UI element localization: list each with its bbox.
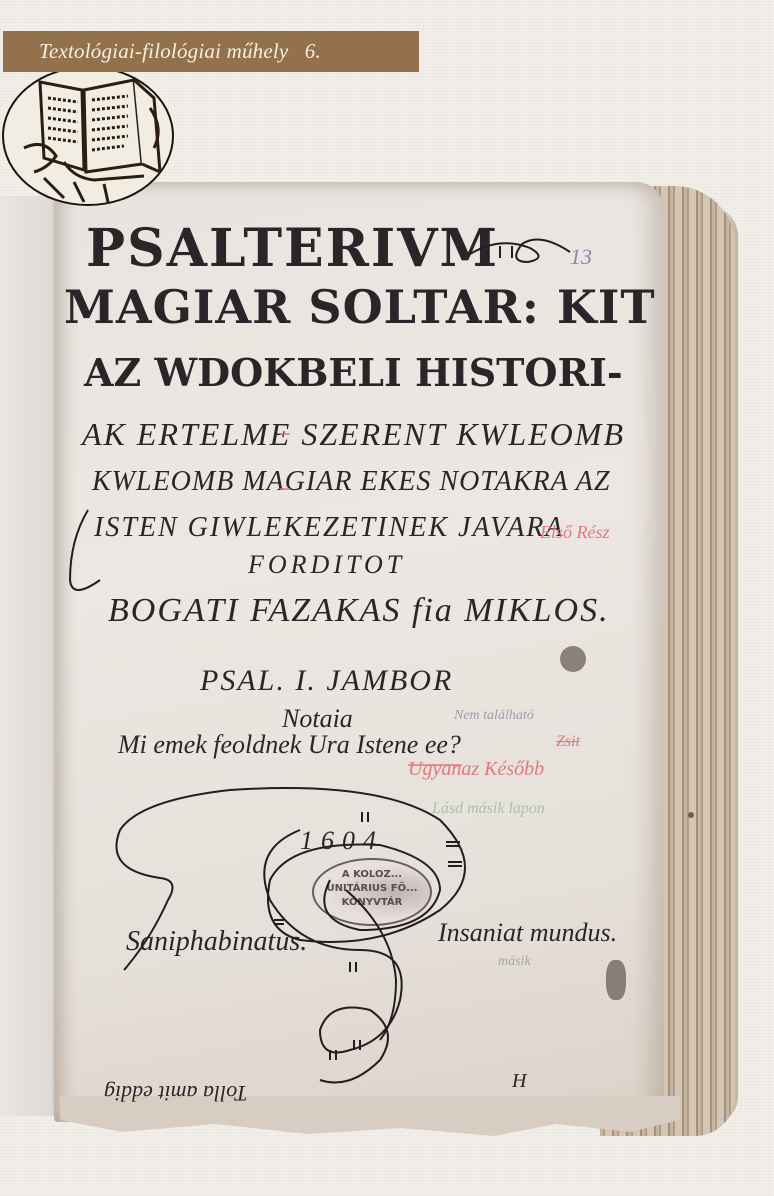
- ink-blot: [560, 646, 586, 672]
- translator-name: BOGATI FAZAKAS fia MIKLOS.: [108, 592, 610, 630]
- psalm-incipit: Mi emek feoldnek Ura Istene ee?: [118, 730, 461, 760]
- left-motto: Saniphabinatus.: [126, 926, 307, 958]
- corner-mark: H: [512, 1070, 526, 1093]
- green-annotation: Lásd másik lapon: [432, 800, 545, 818]
- grey-small-annotation: másik: [498, 954, 531, 970]
- subtitle-line-4: FORDITOT: [248, 550, 405, 580]
- subtitle-line-1: AK ERTELME SZERENT KWLEOMB: [82, 416, 625, 453]
- title-line-2: MAGIAR SOLTAR: KIT: [64, 280, 656, 334]
- inverted-note: Tolla amit eddig: [104, 1080, 247, 1106]
- red-annotation-margin: Első Rész: [540, 522, 610, 543]
- series-title: Textológiai-filológiai műhely 6.: [3, 39, 321, 64]
- subtitle-line-3: ISTEN GIWLEKEZETINEK JAVARA: [94, 512, 565, 544]
- ink-blot: [606, 960, 626, 1000]
- open-book-woodcut-icon: [2, 66, 174, 206]
- library-stamp: A KOLOZ... UNITÁRIUS FŐ... KÖNYVTÁR: [312, 858, 432, 926]
- title-line-3: AZ WDOKBELI HISTORI-: [84, 350, 623, 395]
- ink-blot: [688, 812, 694, 818]
- subtitle-line-2: KWLEOMB MAGIAR EKES NOTAKRA AZ: [92, 466, 610, 498]
- red-annotation-below: Ugyanaz Később: [408, 758, 544, 781]
- year: 1604: [300, 826, 384, 856]
- series-banner: Textológiai-filológiai műhely 6.: [3, 31, 419, 72]
- right-motto: Insaniat mundus.: [438, 918, 617, 948]
- folio-number: 13: [570, 244, 592, 270]
- grey-annotation: Nem található: [454, 708, 534, 724]
- title-line-1: PSALTERIVM: [86, 218, 499, 279]
- psalm-heading: PSAL. I. JAMBOR: [200, 664, 453, 698]
- red-strikethrough: Zsit: [556, 733, 580, 751]
